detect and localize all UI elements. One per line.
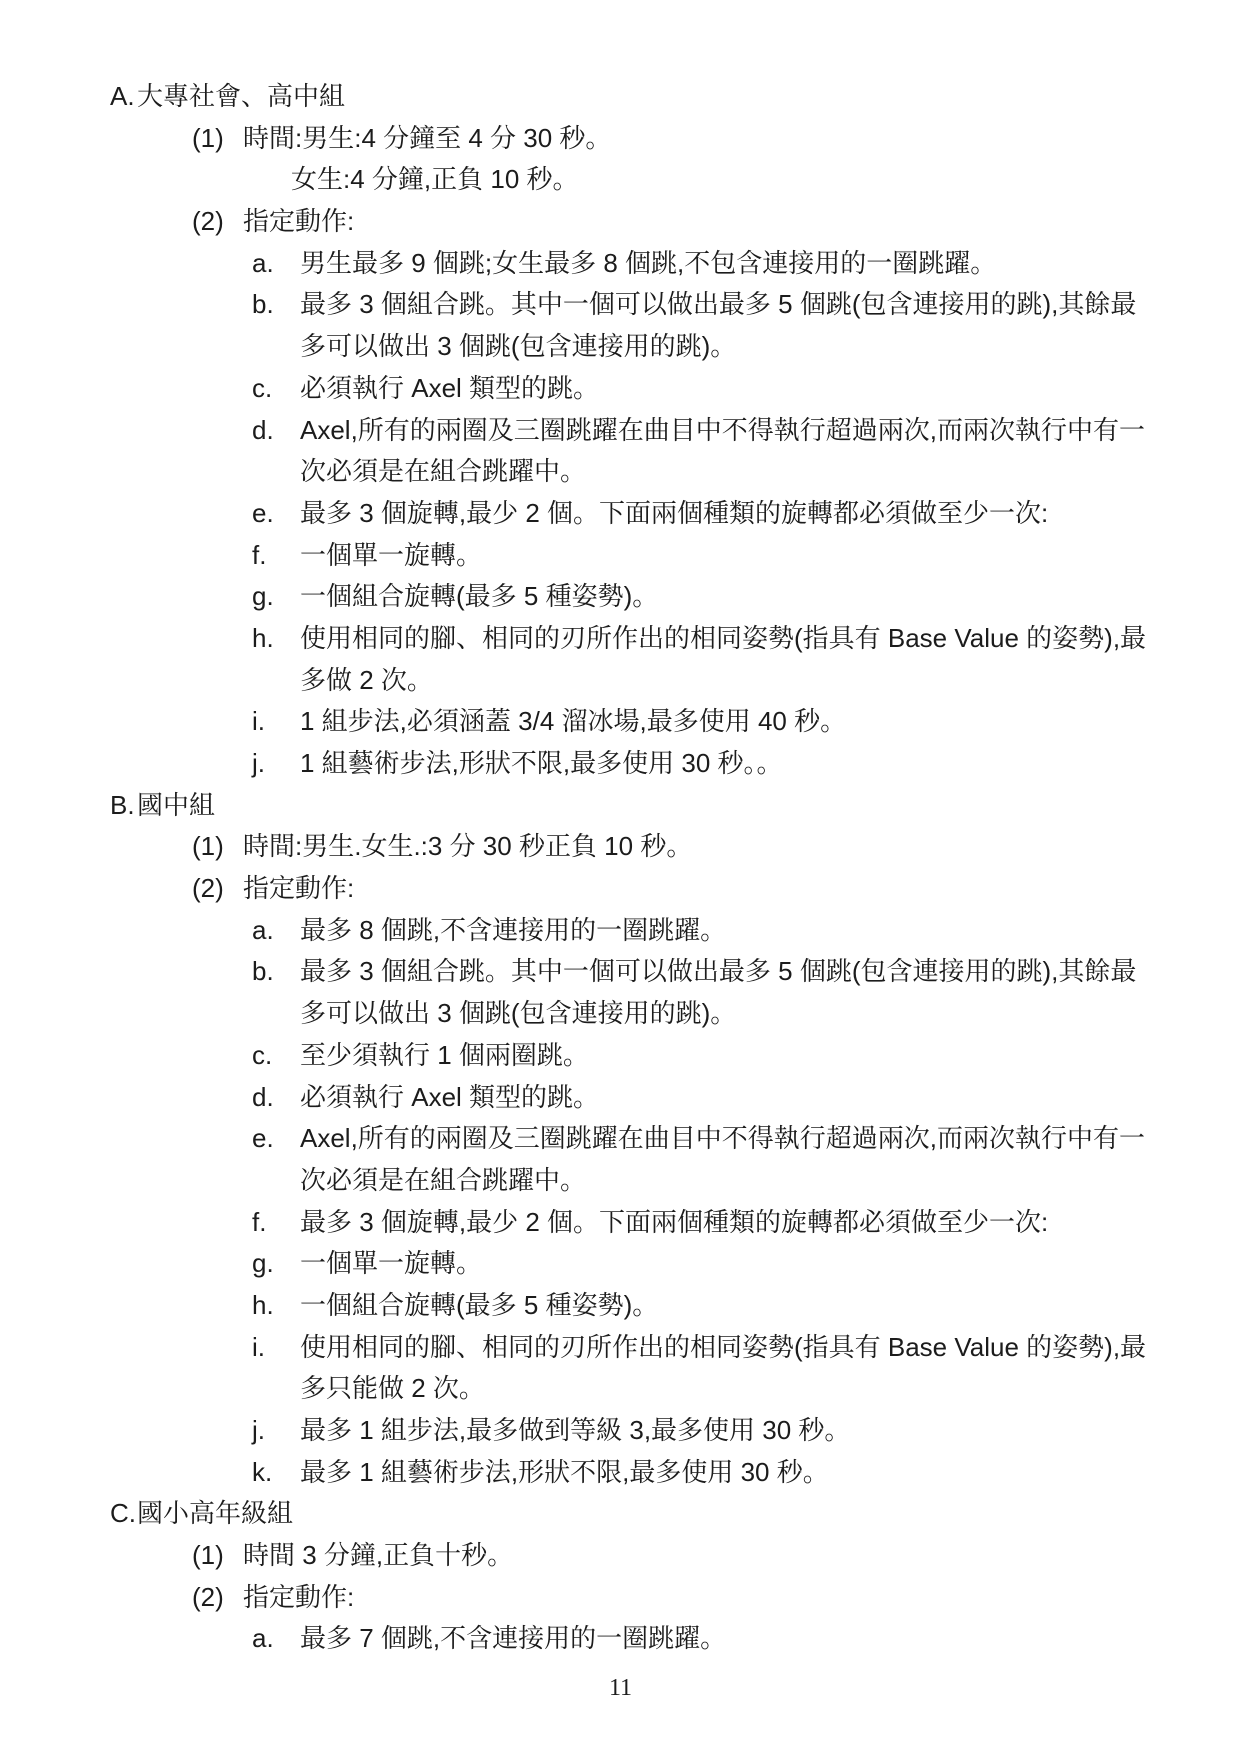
list-item-continuation: 多做 2 次。 <box>0 660 1241 702</box>
list-item: i.使用相同的腳、相同的刃所作出的相同姿勢(指具有 Base Value 的姿勢… <box>0 1327 1241 1369</box>
list-item-continuation: 多可以做出 3 個跳(包含連接用的跳)。 <box>0 993 1241 1035</box>
list-marker: e. <box>252 1118 274 1160</box>
list-marker: b. <box>252 951 274 993</box>
list-marker: d. <box>252 410 274 452</box>
list-marker: (1) <box>192 118 224 160</box>
line-text: 最多 3 個組合跳。其中一個可以做出最多 5 個跳(包含連接用的跳),其餘最 <box>300 284 1136 326</box>
list-item: (1)時間:男生:4 分鐘至 4 分 30 秒。 <box>0 118 1241 160</box>
list-marker: a. <box>252 910 274 952</box>
list-item: h.一個組合旋轉(最多 5 種姿勢)。 <box>0 1285 1241 1327</box>
list-item-continuation: 女生:4 分鐘,正負 10 秒。 <box>0 159 1241 201</box>
list-item: (2)指定動作: <box>0 1577 1241 1619</box>
line-text: 使用相同的腳、相同的刃所作出的相同姿勢(指具有 Base Value 的姿勢),… <box>300 618 1146 660</box>
list-item: a.男生最多 9 個跳;女生最多 8 個跳,不包含連接用的一圈跳躍。 <box>0 243 1241 285</box>
list-item: c.必須執行 Axel 類型的跳。 <box>0 368 1241 410</box>
line-text: 國中組 <box>137 785 215 827</box>
line-text: 一個組合旋轉(最多 5 種姿勢)。 <box>300 1285 658 1327</box>
list-item: f.最多 3 個旋轉,最少 2 個。下面兩個種類的旋轉都必須做至少一次: <box>0 1202 1241 1244</box>
list-item: (2)指定動作: <box>0 868 1241 910</box>
line-text: 最多 1 組步法,最多做到等級 3,最多使用 30 秒。 <box>300 1410 850 1452</box>
line-text: 指定動作: <box>243 868 354 910</box>
list-item: (1)時間:男生.女生.:3 分 30 秒正負 10 秒。 <box>0 826 1241 868</box>
line-text: 時間:男生.女生.:3 分 30 秒正負 10 秒。 <box>243 826 692 868</box>
list-item: e.最多 3 個旋轉,最少 2 個。下面兩個種類的旋轉都必須做至少一次: <box>0 493 1241 535</box>
list-marker: i. <box>252 701 265 743</box>
section-heading: C.國小高年級組 <box>0 1493 1241 1535</box>
line-text: 多可以做出 3 個跳(包含連接用的跳)。 <box>300 993 736 1035</box>
line-text: 一個單一旋轉。 <box>300 1243 482 1285</box>
line-text: 必須執行 Axel 類型的跳。 <box>300 368 599 410</box>
list-marker: (2) <box>192 1577 224 1619</box>
line-text: 次必須是在組合跳躍中。 <box>300 1160 586 1202</box>
list-item: a.最多 8 個跳,不含連接用的一圈跳躍。 <box>0 910 1241 952</box>
document-page: A.大專社會、高中組(1)時間:男生:4 分鐘至 4 分 30 秒。女生:4 分… <box>0 0 1241 1755</box>
list-item-continuation: 多只能做 2 次。 <box>0 1368 1241 1410</box>
list-item: j.最多 1 組步法,最多做到等級 3,最多使用 30 秒。 <box>0 1410 1241 1452</box>
list-item: b.最多 3 個組合跳。其中一個可以做出最多 5 個跳(包含連接用的跳),其餘最 <box>0 951 1241 993</box>
list-marker: g. <box>252 1243 274 1285</box>
list-marker: a. <box>252 1618 274 1660</box>
list-item: b.最多 3 個組合跳。其中一個可以做出最多 5 個跳(包含連接用的跳),其餘最 <box>0 284 1241 326</box>
line-text: 多可以做出 3 個跳(包含連接用的跳)。 <box>300 326 736 368</box>
list-item: c.至少須執行 1 個兩圈跳。 <box>0 1035 1241 1077</box>
line-text: 至少須執行 1 個兩圈跳。 <box>300 1035 589 1077</box>
line-text: 指定動作: <box>243 201 354 243</box>
list-item: e.Axel,所有的兩圈及三圈跳躍在曲目中不得執行超過兩次,而兩次執行中有一 <box>0 1118 1241 1160</box>
list-marker: C. <box>110 1493 136 1535</box>
list-item: j.1 組藝術步法,形狀不限,最多使用 30 秒。。 <box>0 743 1241 785</box>
list-marker: c. <box>252 368 272 410</box>
line-text: 最多 3 個旋轉,最少 2 個。下面兩個種類的旋轉都必須做至少一次: <box>300 493 1048 535</box>
list-marker: B. <box>110 785 135 827</box>
list-marker: k. <box>252 1452 272 1494</box>
section-heading: B.國中組 <box>0 785 1241 827</box>
line-text: 國小高年級組 <box>137 1493 293 1535</box>
list-item-continuation: 次必須是在組合跳躍中。 <box>0 1160 1241 1202</box>
line-text: 時間:男生:4 分鐘至 4 分 30 秒。 <box>243 118 611 160</box>
list-item: d.Axel,所有的兩圈及三圈跳躍在曲目中不得執行超過兩次,而兩次執行中有一 <box>0 410 1241 452</box>
list-marker: (1) <box>192 1535 224 1577</box>
list-item: d.必須執行 Axel 類型的跳。 <box>0 1077 1241 1119</box>
line-text: 多只能做 2 次。 <box>300 1368 485 1410</box>
list-item: g.一個單一旋轉。 <box>0 1243 1241 1285</box>
list-marker: g. <box>252 576 274 618</box>
list-item: k.最多 1 組藝術步法,形狀不限,最多使用 30 秒。 <box>0 1452 1241 1494</box>
line-text: 女生:4 分鐘,正負 10 秒。 <box>291 159 579 201</box>
list-marker: b. <box>252 284 274 326</box>
section-heading: A.大專社會、高中組 <box>0 76 1241 118</box>
list-marker: d. <box>252 1077 274 1119</box>
document-body: A.大專社會、高中組(1)時間:男生:4 分鐘至 4 分 30 秒。女生:4 分… <box>0 76 1241 1660</box>
list-marker: h. <box>252 618 274 660</box>
line-text: Axel,所有的兩圈及三圈跳躍在曲目中不得執行超過兩次,而兩次執行中有一 <box>300 1118 1145 1160</box>
line-text: 使用相同的腳、相同的刃所作出的相同姿勢(指具有 Base Value 的姿勢),… <box>300 1327 1146 1369</box>
page-number: 11 <box>0 1672 1241 1704</box>
list-item: (2)指定動作: <box>0 201 1241 243</box>
line-text: 1 組步法,必須涵蓋 3/4 溜冰場,最多使用 40 秒。 <box>300 701 846 743</box>
line-text: 1 組藝術步法,形狀不限,最多使用 30 秒。。 <box>300 743 783 785</box>
line-text: 時間 3 分鐘,正負十秒。 <box>243 1535 513 1577</box>
list-item: a.最多 7 個跳,不含連接用的一圈跳躍。 <box>0 1618 1241 1660</box>
line-text: 最多 7 個跳,不含連接用的一圈跳躍。 <box>300 1618 726 1660</box>
line-text: 必須執行 Axel 類型的跳。 <box>300 1077 599 1119</box>
list-marker: (2) <box>192 868 224 910</box>
list-item-continuation: 多可以做出 3 個跳(包含連接用的跳)。 <box>0 326 1241 368</box>
line-text: 一個組合旋轉(最多 5 種姿勢)。 <box>300 576 658 618</box>
line-text: 最多 8 個跳,不含連接用的一圈跳躍。 <box>300 910 726 952</box>
list-marker: c. <box>252 1035 272 1077</box>
line-text: 最多 3 個旋轉,最少 2 個。下面兩個種類的旋轉都必須做至少一次: <box>300 1202 1048 1244</box>
list-marker: f. <box>252 1202 266 1244</box>
list-marker: j. <box>252 1410 265 1452</box>
list-item: i.1 組步法,必須涵蓋 3/4 溜冰場,最多使用 40 秒。 <box>0 701 1241 743</box>
line-text: 多做 2 次。 <box>300 660 433 702</box>
line-text: 男生最多 9 個跳;女生最多 8 個跳,不包含連接用的一圈跳躍。 <box>300 243 996 285</box>
list-marker: a. <box>252 243 274 285</box>
list-item-continuation: 次必須是在組合跳躍中。 <box>0 451 1241 493</box>
line-text: 指定動作: <box>243 1577 354 1619</box>
list-marker: (2) <box>192 201 224 243</box>
list-marker: e. <box>252 493 274 535</box>
list-marker: h. <box>252 1285 274 1327</box>
line-text: 最多 1 組藝術步法,形狀不限,最多使用 30 秒。 <box>300 1452 829 1494</box>
list-item: f.一個單一旋轉。 <box>0 535 1241 577</box>
line-text: 最多 3 個組合跳。其中一個可以做出最多 5 個跳(包含連接用的跳),其餘最 <box>300 951 1136 993</box>
line-text: 大專社會、高中組 <box>137 76 345 118</box>
list-marker: j. <box>252 743 265 785</box>
line-text: 一個單一旋轉。 <box>300 535 482 577</box>
list-marker: A. <box>110 76 135 118</box>
list-item: (1)時間 3 分鐘,正負十秒。 <box>0 1535 1241 1577</box>
list-marker: f. <box>252 535 266 577</box>
list-marker: (1) <box>192 826 224 868</box>
list-item: h.使用相同的腳、相同的刃所作出的相同姿勢(指具有 Base Value 的姿勢… <box>0 618 1241 660</box>
list-marker: i. <box>252 1327 265 1369</box>
line-text: 次必須是在組合跳躍中。 <box>300 451 586 493</box>
line-text: Axel,所有的兩圈及三圈跳躍在曲目中不得執行超過兩次,而兩次執行中有一 <box>300 410 1145 452</box>
list-item: g.一個組合旋轉(最多 5 種姿勢)。 <box>0 576 1241 618</box>
